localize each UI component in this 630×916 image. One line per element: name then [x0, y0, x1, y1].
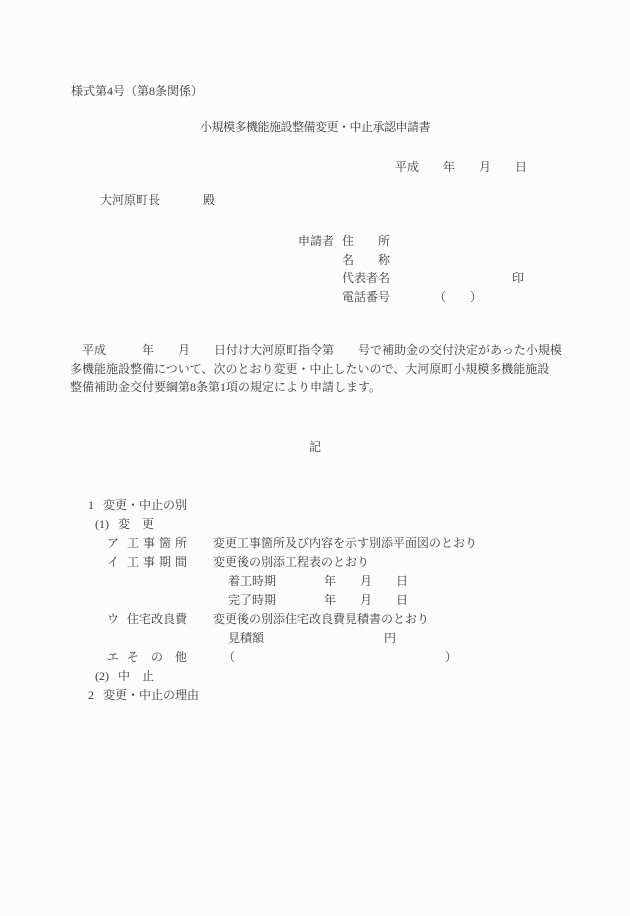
row-construction-period-desc: 変更後の別添工程表のとおり [213, 555, 369, 569]
body-line-1: 平成 年 月 日付け大河原町指令第 号で補助金の交付決定があった小規模 [70, 341, 562, 360]
estimate-amount-line: 見積額 円 [228, 629, 396, 648]
applicant-phone-label: 電話番号 [342, 290, 390, 304]
applicant-representative-row: 代表者名 [298, 269, 482, 288]
date-line: 平成 年 月 日 [395, 158, 527, 177]
applicant-name-label: 名 称 [342, 253, 390, 267]
applicant-name-row: 名 称 [298, 251, 482, 270]
row-improvement-cost: ウ住宅改良費変更後の別添住宅改良費見積書のとおり [107, 610, 429, 629]
section2-title: 変更・中止の理由 [103, 688, 199, 702]
record-marker: 記 [0, 438, 630, 457]
body-paragraph: 平成 年 月 日付け大河原町指令第 号で補助金の交付決定があった小規模 多機能施… [70, 341, 562, 397]
body-line-2: 多機能施設整備について、次のとおり変更・中止したいので、大河原町小規模多機能施設 [70, 360, 562, 379]
row-other: エその他（） [107, 648, 457, 667]
applicant-address-label: 住 所 [342, 234, 390, 248]
item-cancel-label: 中 止 [118, 669, 154, 683]
item-cancel-heading: (2)中 止 [95, 667, 154, 686]
section1-number: 1 [88, 496, 103, 515]
item-change-number: (1) [95, 515, 118, 534]
body-line-3: 整備補助金交付要綱第8条第1項の規定により申請します。 [70, 378, 562, 397]
recipient-honorific: 殿 [203, 193, 215, 207]
row-construction-period-bullet: イ [107, 553, 127, 572]
row-construction-site-desc: 変更工事箇所及び内容を示す別添平面図のとおり [213, 536, 477, 550]
row-improvement-cost-label: 住宅改良費 [127, 610, 187, 629]
other-paren-open: （ [223, 650, 235, 664]
document-title: 小規模多機能施設整備変更・中止承認申請書 [0, 118, 630, 137]
row-construction-period-label: 工事期間 [127, 553, 187, 572]
completion-date-line: 完了時期 年 月 日 [228, 591, 408, 610]
row-construction-site-label: 工事箇所 [127, 534, 187, 553]
phone-parens: （ ） [434, 290, 482, 304]
row-construction-site: ア工事箇所変更工事箇所及び内容を示す別添平面図のとおり [107, 534, 477, 553]
row-other-label: その他 [127, 648, 187, 667]
applicant-heading: 申請者 [298, 232, 342, 251]
seal-mark: 印 [512, 269, 524, 288]
recipient-name: 大河原町長 [100, 193, 160, 207]
section1-title: 変更・中止の別 [103, 498, 187, 512]
row-other-bullet: エ [107, 648, 127, 667]
recipient-line: 大河原町長殿 [100, 191, 215, 210]
start-date-line: 着工時期 年 月 日 [228, 572, 408, 591]
applicant-representative-label: 代表者名 [342, 271, 390, 285]
row-improvement-cost-bullet: ウ [107, 610, 127, 629]
row-construction-period: イ工事期間変更後の別添工程表のとおり [107, 553, 369, 572]
document-page: 様式第4号（第8条関係） 小規模多機能施設整備変更・中止承認申請書 平成 年 月… [0, 0, 630, 916]
section2-heading: 2変更・中止の理由 [88, 686, 199, 705]
row-improvement-cost-desc: 変更後の別添住宅改良費見積書のとおり [213, 612, 429, 626]
row-construction-site-bullet: ア [107, 534, 127, 553]
applicant-block: 申請者住 所 名 称 代表者名 電話番号（ ） 印 [298, 232, 482, 307]
applicant-phone-row: 電話番号（ ） [298, 288, 482, 307]
form-number: 様式第4号（第8条関係） [71, 82, 203, 101]
other-paren-close: ） [445, 650, 457, 664]
section1-heading: 1変更・中止の別 [88, 496, 187, 515]
section2-number: 2 [88, 686, 103, 705]
applicant-address-row: 申請者住 所 [298, 232, 482, 251]
item-change-heading: (1)変 更 [95, 515, 154, 534]
item-cancel-number: (2) [95, 667, 118, 686]
item-change-label: 変 更 [118, 517, 154, 531]
